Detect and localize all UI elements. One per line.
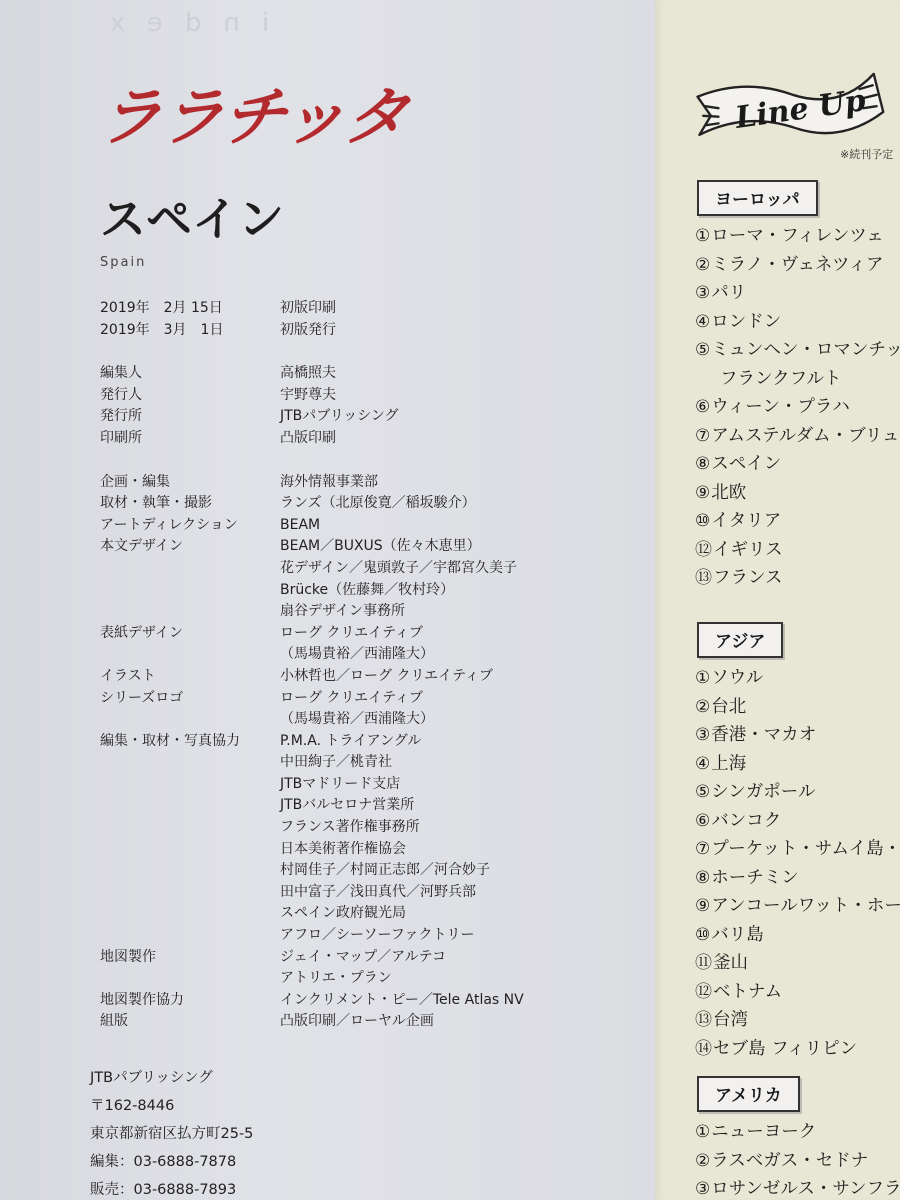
credit-row: 村岡佳子／村岡正志郎／河合妙子 (100, 860, 640, 882)
destination-label: ソウル (711, 668, 763, 688)
destination-item: ⑤ミュンヘン・ロマンチッ (695, 336, 900, 365)
credit-role (100, 774, 280, 796)
credit-name: 扇谷デザイン事務所 (280, 601, 405, 623)
destination-label: シンガポール (711, 782, 815, 802)
colophon-page: index ララチッタ スペイン Spain 2019年 2月 15日 初版印刷… (0, 0, 655, 1200)
destination-item: ⑥バンコク (695, 807, 900, 836)
credit-role (100, 817, 280, 839)
colophon: 2019年 2月 15日 初版印刷 2019年 3月 1日 初版発行 編集人高橋… (100, 298, 640, 1033)
credit-role: アートディレクション (100, 515, 280, 537)
credit-row: 中田絢子／桃青社 (100, 752, 640, 774)
volume-number: ⑬ (695, 1006, 712, 1034)
destination-label: ウィーン・プラハ (711, 397, 850, 417)
destination-label: プーケット・サムイ島・ (711, 839, 900, 859)
destination-label: ラスベガス・セドナ (711, 1151, 868, 1171)
destination-item: ③ロサンゼルス・サンフラン (695, 1175, 900, 1200)
date-label: 初版発行 (280, 320, 336, 342)
destination-item: ⑧ホーチミン (695, 864, 900, 893)
volume-number: ⑨ (695, 479, 710, 507)
destination-label: フランス (713, 568, 782, 588)
destination-label: 香港・マカオ (711, 725, 816, 745)
volume-number: ② (695, 251, 710, 279)
credit-row: （馬場貴裕／西浦隆大） (100, 709, 640, 731)
credit-row: 本文デザインBEAM／BUXUS（佐々木恵里） (100, 536, 640, 558)
credit-row: 組版凸版印刷／ローヤル企画 (100, 1011, 640, 1033)
credit-name: 村岡佳子／村岡正志郎／河合妙子 (280, 860, 490, 882)
volume-number: ③ (695, 279, 710, 307)
destination-label: アムステルダム・ブリュ (711, 426, 899, 446)
credit-row: アフロ／シーソーファクトリー (100, 925, 640, 947)
credit-name: ランズ（北原俊寛／稲坂駿介） (280, 493, 476, 515)
credit-row: 編集人高橋照夫 (100, 363, 640, 385)
destination-item: フランクフルト (695, 365, 900, 394)
credit-name: 田中富子／浅田真代／河野兵部 (280, 882, 476, 904)
credit-role (100, 752, 280, 774)
region-heading-america: アメリカ (697, 1076, 800, 1112)
destination-item: ⑧スペイン (695, 450, 900, 479)
credit-name: ローグ クリエイティブ (280, 688, 423, 710)
destination-label: 台湾 (713, 1010, 748, 1030)
destination-item: ⑨北欧 (695, 479, 900, 508)
volume-number: ③ (695, 721, 710, 749)
volume-number: ⑥ (695, 393, 710, 421)
destination-item: ⑤シンガポール (695, 778, 900, 807)
destination-label: スペイン (711, 454, 781, 474)
destination-item: ⑫イギリス (695, 536, 900, 565)
book-title: スペイン (100, 196, 284, 242)
credit-name: （馬場貴裕／西浦隆大） (280, 644, 434, 666)
credit-row: イラスト小林哲也／ローグ クリエイティブ (100, 666, 640, 688)
volume-number: ③ (695, 1175, 710, 1200)
credit-name: 高橋照夫 (280, 363, 336, 385)
destination-item: ⑩バリ島 (695, 921, 900, 950)
credit-role (100, 903, 280, 925)
series-logo: ララチッタ (95, 86, 410, 150)
credit-role: 編集人 (100, 363, 280, 385)
destination-item: ④上海 (695, 750, 900, 779)
credit-role (100, 709, 280, 731)
credit-name: ローグ クリエイティブ (280, 623, 423, 645)
credit-name: （馬場貴裕／西浦隆大） (280, 709, 434, 731)
destination-label: ミュンヘン・ロマンチッ (711, 340, 900, 360)
destination-label: バンコク (711, 811, 781, 831)
credit-role (100, 644, 280, 666)
credit-role: 地図製作 (100, 947, 280, 969)
volume-number: ① (695, 1118, 710, 1146)
upcoming-note: ※続刊予定 (840, 146, 893, 162)
destination-item: ①ニューヨーク (695, 1118, 900, 1147)
credit-name: JTBパブリッシング (280, 406, 399, 428)
credit-name: 中田絢子／桃青社 (280, 752, 392, 774)
credit-role (100, 968, 280, 990)
credit-row: アトリエ・プラン (100, 968, 640, 990)
volume-number: ⑫ (695, 978, 712, 1006)
destination-item: ⑭セブ島 フィリピン (695, 1035, 900, 1064)
credit-name: アフロ／シーソーファクトリー (280, 925, 474, 947)
credit-name: Brücke（佐藤舞／牧村玲） (280, 580, 454, 602)
destination-item: ⑬フランス (695, 564, 900, 593)
region-heading-europe: ヨーロッパ (697, 180, 818, 216)
credit-row: （馬場貴裕／西浦隆大） (100, 644, 640, 666)
destination-item: ⑩イタリア (695, 507, 900, 536)
destination-item: ④ロンドン (695, 308, 900, 337)
credit-row: 日本美術著作権協会 (100, 839, 640, 861)
credit-role (100, 601, 280, 623)
destination-item: ⑨アンコールワット・ホー (695, 892, 900, 921)
credit-row: 取材・執筆・撮影ランズ（北原俊寛／稲坂駿介） (100, 493, 640, 515)
credit-name: JTBバルセロナ営業所 (280, 795, 414, 817)
volume-number: ⑧ (695, 450, 710, 478)
destination-item: ⑥ウィーン・プラハ (695, 393, 900, 422)
credit-role: シリーズロゴ (100, 688, 280, 710)
volume-number: ⑤ (695, 778, 710, 806)
volume-number: ⑭ (695, 1035, 712, 1063)
publication-date-row: 2019年 2月 15日 初版印刷 (100, 298, 640, 320)
volume-number: ⑩ (695, 507, 710, 535)
credit-name: 海外情報事業部 (280, 472, 378, 494)
address: 東京都新宿区払方町25-5 (90, 1122, 253, 1150)
postal-code: 〒162-8446 (90, 1094, 253, 1122)
destination-item: ②ミラノ・ヴェネツィア (695, 251, 900, 280)
credit-row: JTBバルセロナ営業所 (100, 795, 640, 817)
volume-number: ⑩ (695, 921, 710, 949)
credit-row: 扇谷デザイン事務所 (100, 601, 640, 623)
volume-number: ④ (695, 750, 710, 778)
destination-item: ⑦アムステルダム・ブリュ (695, 422, 900, 451)
sales-phone: 販売：03-6888-7893 (90, 1178, 253, 1200)
credit-role: 発行所 (100, 406, 280, 428)
credit-role: 表紙デザイン (100, 623, 280, 645)
credit-row: アートディレクションBEAM (100, 515, 640, 537)
credit-row: 印刷所凸版印刷 (100, 428, 640, 450)
publisher-name: JTBパブリッシング (90, 1066, 253, 1094)
date-label: 初版印刷 (280, 298, 336, 320)
destination-list-europe: ①ローマ・フィレンツェ②ミラノ・ヴェネツィア③パリ④ロンドン⑤ミュンヘン・ロマン… (695, 222, 900, 593)
book-subtitle: Spain (100, 255, 146, 270)
destination-item: ③香港・マカオ (695, 721, 900, 750)
volume-number: ⑤ (695, 336, 710, 364)
destination-item: ⑦プーケット・サムイ島・ (695, 835, 900, 864)
credit-name: ジェイ・マップ／アルテコ (280, 947, 446, 969)
credit-role: 印刷所 (100, 428, 280, 450)
volume-number: ⑨ (695, 892, 710, 920)
credit-row: 田中富子／浅田真代／河野兵部 (100, 882, 640, 904)
credit-role (100, 839, 280, 861)
credit-name: P.M.A. トライアングル (280, 731, 421, 753)
destination-label: ホーチミン (711, 868, 799, 888)
credit-name: 日本美術著作権協会 (280, 839, 406, 861)
credit-role (100, 580, 280, 602)
volume-number: ② (695, 1147, 710, 1175)
editorial-phone: 編集：03-6888-7878 (90, 1150, 253, 1178)
credit-role: 発行人 (100, 385, 280, 407)
destination-label: バリ島 (711, 925, 764, 945)
region-heading-asia: アジア (697, 622, 783, 658)
credit-row: スペイン政府観光局 (100, 903, 640, 925)
publisher-contact: JTBパブリッシング 〒162-8446 東京都新宿区払方町25-5 編集：03… (90, 1066, 253, 1200)
credit-role (100, 860, 280, 882)
destination-label: ミラノ・ヴェネツィア (711, 255, 883, 275)
credit-row: 編集・取材・写真協力P.M.A. トライアングル (100, 731, 640, 753)
credit-name: 凸版印刷 (280, 428, 336, 450)
credit-name: フランス著作権事務所 (280, 817, 420, 839)
credit-row: 地図製作協力インクリメント・ピー／Tele Atlas NV (100, 990, 640, 1012)
destination-label: セブ島 フィリピン (713, 1039, 857, 1059)
volume-number: ④ (695, 308, 710, 336)
destination-label: 北欧 (711, 483, 746, 503)
destination-list-asia: ①ソウル②台北③香港・マカオ④上海⑤シンガポール⑥バンコク⑦プーケット・サムイ島… (695, 664, 900, 1063)
destination-label: ローマ・フィレンツェ (711, 226, 883, 246)
credit-role: 地図製作協力 (100, 990, 280, 1012)
destination-item: ②ラスベガス・セドナ (695, 1147, 900, 1176)
date: 2019年 3月 1日 (100, 320, 280, 342)
destination-label: ロサンゼルス・サンフラン (711, 1179, 900, 1199)
destination-label: フランクフルト (720, 369, 841, 389)
volume-number: ⑬ (695, 564, 712, 592)
credit-role: 企画・編集 (100, 472, 280, 494)
credit-name: BEAM／BUXUS（佐々木恵里） (280, 536, 481, 558)
credit-row: シリーズロゴローグ クリエイティブ (100, 688, 640, 710)
destination-label: イギリス (713, 540, 783, 560)
destination-item: ⑫ベトナム (695, 978, 900, 1007)
destination-label: ニューヨーク (711, 1122, 816, 1142)
volume-number: ⑦ (695, 422, 710, 450)
destination-item: ②台北 (695, 693, 900, 722)
volume-number: ① (695, 664, 710, 692)
volume-number: ① (695, 222, 710, 250)
destination-item: ⑪釜山 (695, 949, 900, 978)
credit-role (100, 925, 280, 947)
destination-label: 台北 (711, 697, 746, 717)
credit-name: インクリメント・ピー／Tele Atlas NV (280, 990, 524, 1012)
destination-label: イタリア (711, 511, 781, 531)
destination-item: ⑬台湾 (695, 1006, 900, 1035)
destination-label: ロンドン (711, 312, 781, 332)
destination-item: ①ソウル (695, 664, 900, 693)
destination-list-america: ①ニューヨーク②ラスベガス・セドナ③ロサンゼルス・サンフラン (695, 1118, 900, 1200)
destination-label: アンコールワット・ホー (711, 896, 900, 916)
date: 2019年 2月 15日 (100, 298, 280, 320)
credit-role: イラスト (100, 666, 280, 688)
destination-item: ③パリ (695, 279, 900, 308)
destination-label: 釜山 (713, 953, 748, 973)
credit-row: 発行人宇野尊夫 (100, 385, 640, 407)
destination-label: ベトナム (713, 982, 782, 1002)
credit-role: 本文デザイン (100, 536, 280, 558)
credit-role: 組版 (100, 1011, 280, 1033)
volume-number: ② (695, 693, 710, 721)
credit-name: 花デザイン／鬼頭敦子／宇都宮久美子 (280, 558, 517, 580)
volume-number: ⑫ (695, 536, 712, 564)
publication-date-row: 2019年 3月 1日 初版発行 (100, 320, 640, 342)
volume-number: ⑧ (695, 864, 710, 892)
credit-role (100, 795, 280, 817)
volume-number: ⑦ (695, 835, 710, 863)
credit-role: 取材・執筆・撮影 (100, 493, 280, 515)
destination-label: パリ (711, 283, 746, 303)
credit-row: 企画・編集海外情報事業部 (100, 472, 640, 494)
credit-row: 発行所JTBパブリッシング (100, 406, 640, 428)
credit-row: 表紙デザインローグ クリエイティブ (100, 623, 640, 645)
credit-row: 地図製作ジェイ・マップ／アルテコ (100, 947, 640, 969)
volume-number: ⑪ (695, 949, 712, 977)
destination-label: 上海 (711, 754, 746, 774)
credit-row: Brücke（佐藤舞／牧村玲） (100, 580, 640, 602)
credit-name: 凸版印刷／ローヤル企画 (280, 1011, 434, 1033)
volume-number: ⑥ (695, 807, 710, 835)
credit-name: BEAM (280, 515, 320, 537)
destination-item: ①ローマ・フィレンツェ (695, 222, 900, 251)
credit-name: スペイン政府観光局 (280, 903, 406, 925)
credit-row: フランス著作権事務所 (100, 817, 640, 839)
credit-name: JTBマドリード支店 (280, 774, 400, 796)
credit-name: 宇野尊夫 (280, 385, 336, 407)
credit-role (100, 558, 280, 580)
credit-row: JTBマドリード支店 (100, 774, 640, 796)
credit-row: 花デザイン／鬼頭敦子／宇都宮久美子 (100, 558, 640, 580)
credit-role: 編集・取材・写真協力 (100, 731, 280, 753)
show-through-text: index (88, 8, 269, 38)
credit-name: 小林哲也／ローグ クリエイティブ (280, 666, 493, 688)
credit-name: アトリエ・プラン (280, 968, 392, 990)
credit-role (100, 882, 280, 904)
